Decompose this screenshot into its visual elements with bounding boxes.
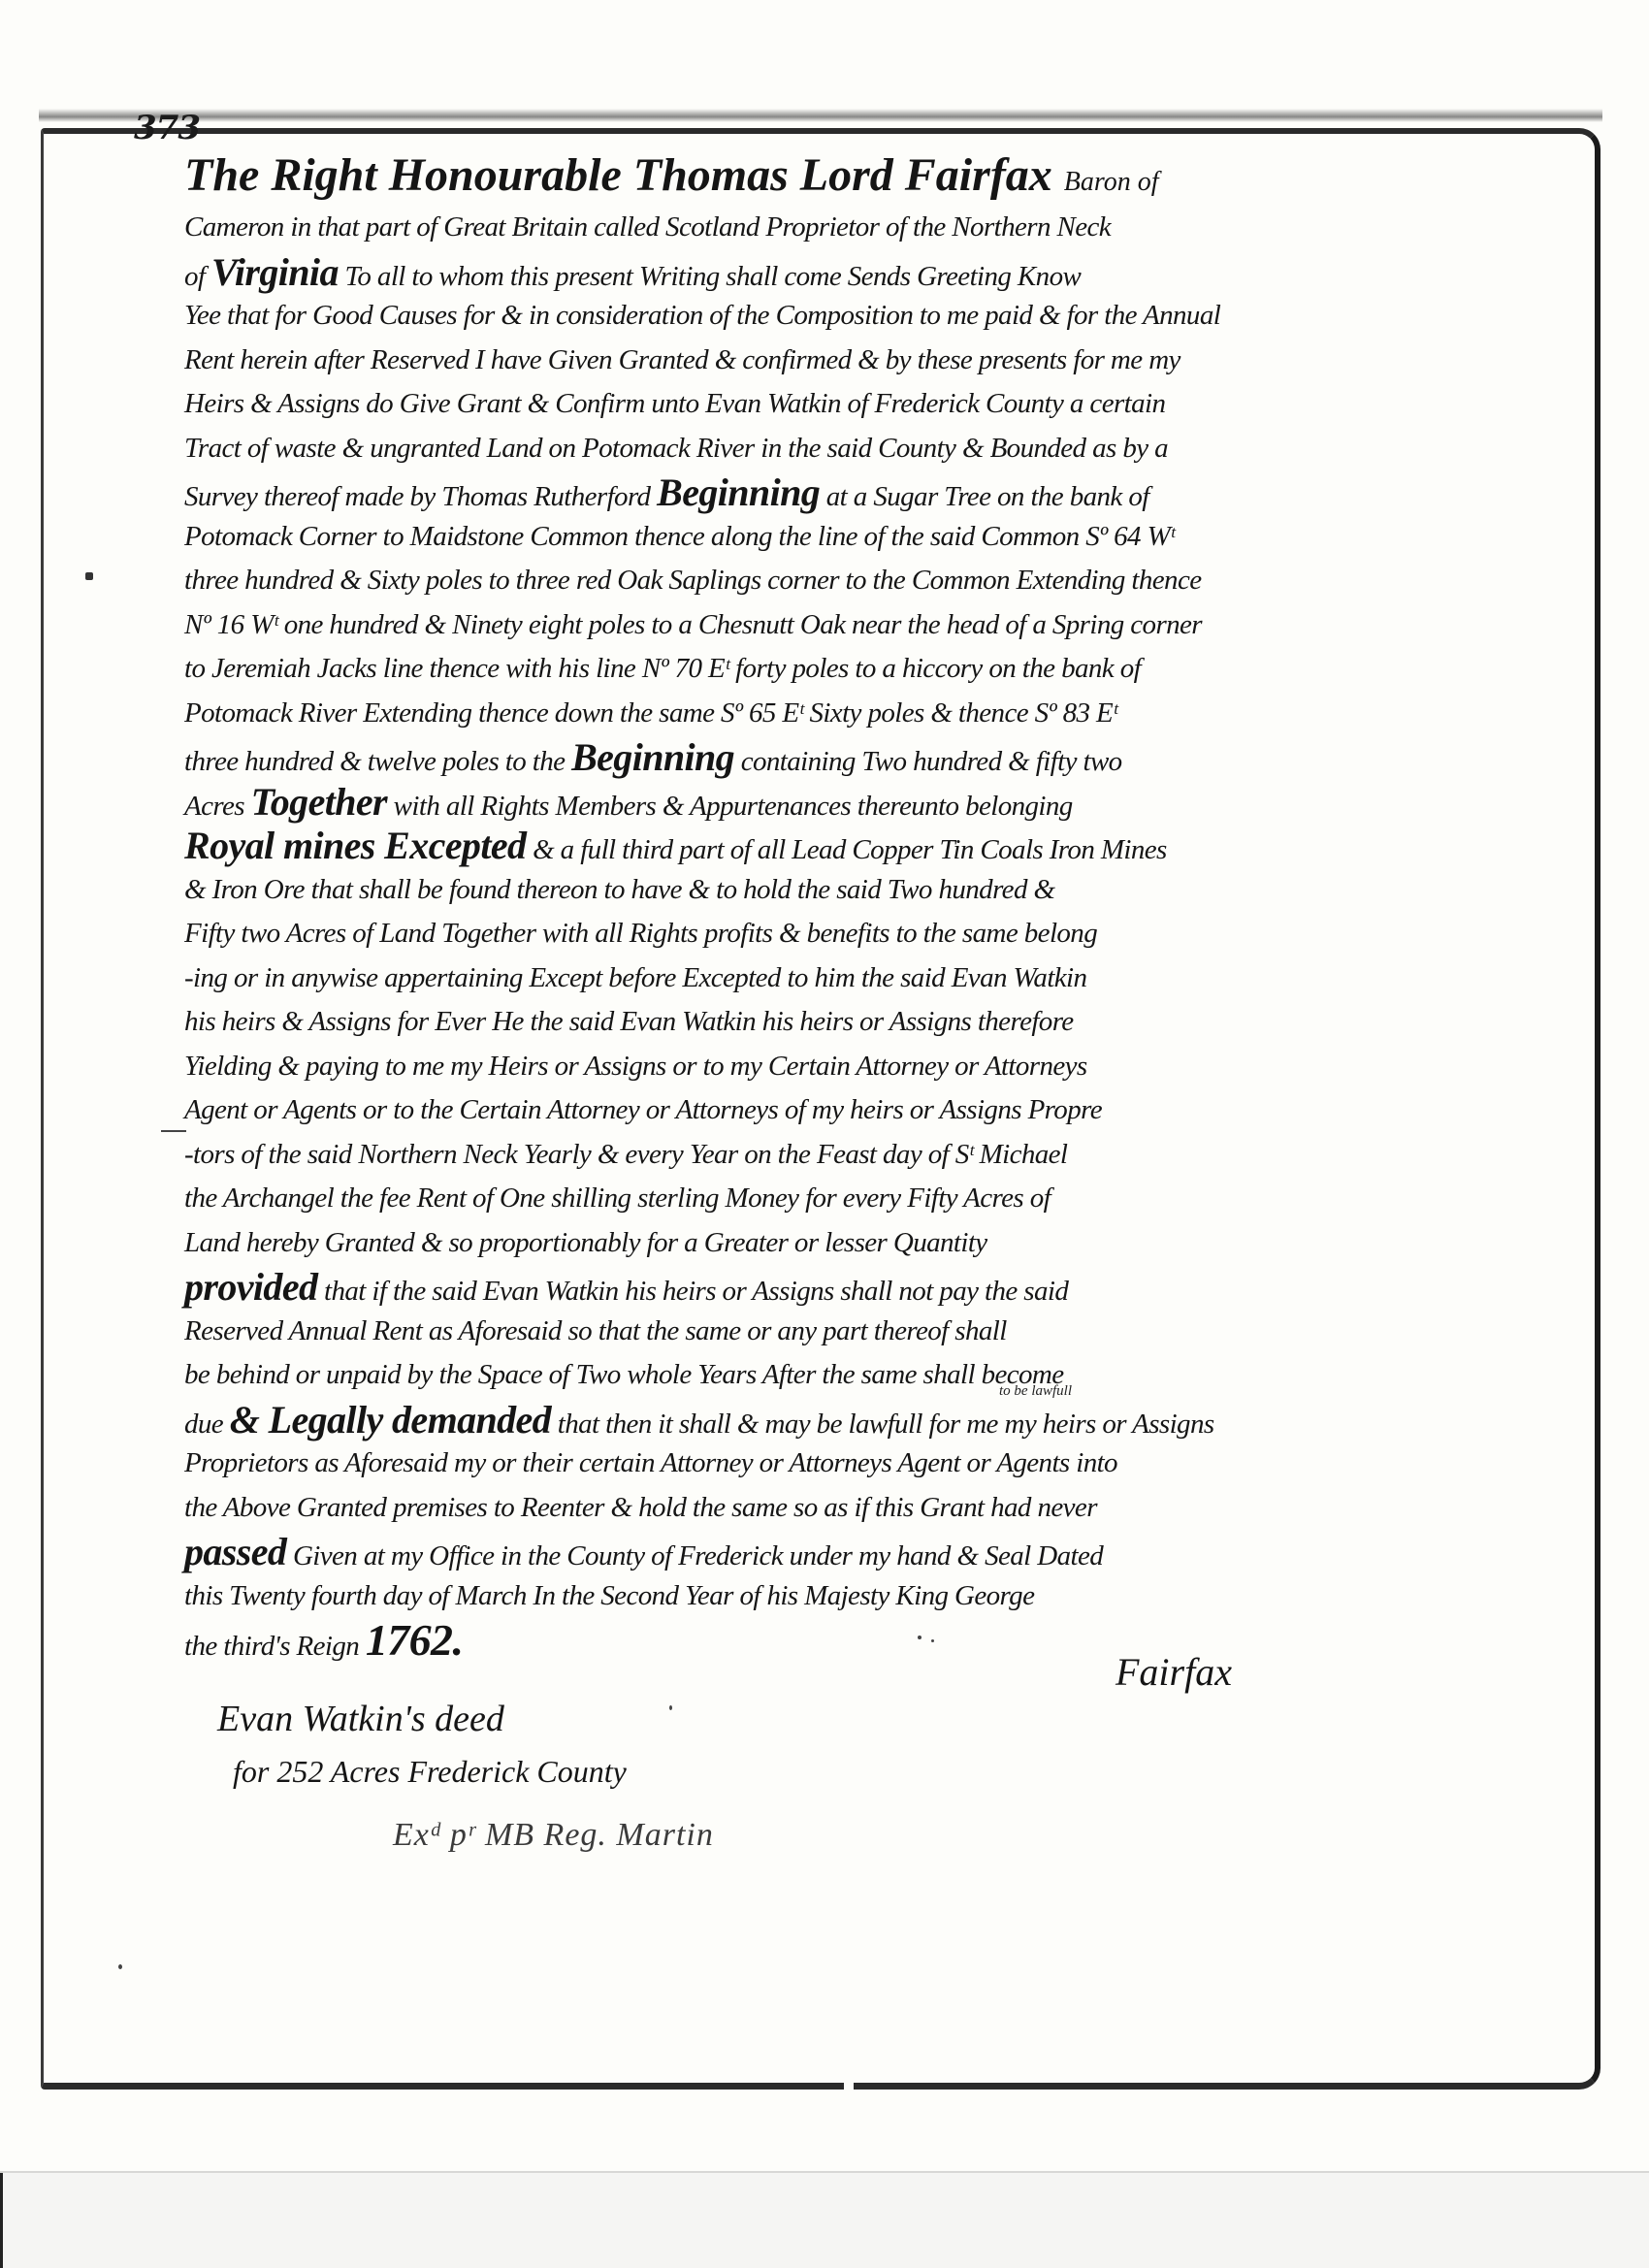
deed-line: the Archangel the fee Rent of One shilli…	[184, 1177, 1426, 1221]
deed-line: three hundred & Sixty poles to three red…	[184, 559, 1426, 603]
line-lead: Acres	[184, 791, 244, 822]
line-text: the third's Reign	[184, 1631, 359, 1662]
deed-line: be behind or unpaid by the Space of Two …	[184, 1353, 1426, 1398]
deed-line: Yielding & paying to me my Heirs or Assi…	[184, 1045, 1426, 1089]
speck	[918, 1636, 921, 1639]
deed-line: & Iron Ore that shall be found thereon t…	[184, 868, 1426, 913]
folio-number: 373	[134, 109, 200, 147]
deed-line: Yee that for Good Causes for & in consid…	[184, 294, 1426, 339]
line-text: containing Two hundred & fifty two	[741, 746, 1122, 777]
emphasized-word: & Legally demanded	[230, 1398, 551, 1442]
speck	[669, 1705, 672, 1710]
page-edge-shadow-top	[39, 109, 1602, 122]
line-lead: due	[184, 1409, 223, 1440]
line-text: that then it shall & may be lawfull for …	[558, 1409, 1214, 1440]
line-lead: of	[184, 261, 205, 292]
emphasized-word: Beginning	[657, 470, 820, 514]
margin-mark	[85, 572, 93, 580]
line-lead: Survey thereof made by Thomas Rutherford	[184, 481, 650, 512]
year: 1762.	[366, 1615, 464, 1665]
line-lead: three hundred & twelve poles to the	[184, 746, 565, 777]
line-text: at a Sugar Tree on the bank of	[826, 481, 1149, 512]
deed-line: Cameron in that part of Great Britain ca…	[184, 206, 1426, 250]
emphasized-word: provided	[184, 1265, 317, 1309]
deed-line: Land hereby Granted & so proportionably …	[184, 1221, 1426, 1266]
line-text: Given at my Office in the County of Fred…	[293, 1540, 1103, 1571]
scanner-bed-area	[0, 2171, 1649, 2268]
deed-line: Potomack Corner to Maidstone Common then…	[184, 515, 1426, 560]
deed-line: this Twenty fourth day of March In the S…	[184, 1574, 1426, 1619]
signature: Fairfax	[1115, 1649, 1232, 1695]
speck	[931, 1639, 934, 1642]
margin-dash	[161, 1130, 186, 1132]
emphasized-word: Together	[251, 780, 387, 824]
deed-line: the third's Reign 1762.	[184, 1618, 1426, 1663]
speck	[118, 1964, 122, 1969]
deed-line: of Virginia To all to whom this present …	[184, 250, 1426, 295]
deed-line: Proprietors as Aforesaid my or their cer…	[184, 1442, 1426, 1486]
deed-line: Rent herein after Reserved I have Given …	[184, 339, 1426, 383]
deed-line: Agent or Agents or to the Certain Attorn…	[184, 1088, 1426, 1133]
deed-title-line: The Right Honourable Thomas Lord Fairfax…	[184, 146, 1426, 206]
interlineation: to be lawfull	[999, 1383, 1072, 1400]
emphasized-word: Royal mines Excepted	[184, 824, 526, 867]
deed-line: -tors of the said Northern Neck Yearly &…	[184, 1133, 1426, 1178]
deed-line: Heirs & Assigns do Give Grant & Confirm …	[184, 382, 1426, 427]
line-text: that if the said Evan Watkin his heirs o…	[324, 1276, 1068, 1307]
deed-title: The Right Honourable Thomas Lord Fairfax	[184, 149, 1052, 201]
line-text: To all to whom this present Writing shal…	[345, 261, 1082, 292]
deed-line: Potomack River Extending thence down the…	[184, 692, 1426, 736]
frame-bottom-gap	[844, 2076, 854, 2095]
deed-line: Reserved Annual Rent as Aforesaid so tha…	[184, 1310, 1426, 1354]
deed-line: due & Legally demanded that then it shal…	[184, 1398, 1426, 1442]
endorsement-examined: Exᵈ pʳ MB Reg. Martin	[393, 1817, 714, 1854]
deed-line: Royal mines Excepted & a full third part…	[184, 824, 1426, 868]
deed-line: Nº 16 Wᵗ one hundred & Ninety eight pole…	[184, 603, 1426, 648]
line-text: & a full third part of all Lead Copper T…	[533, 834, 1167, 865]
title-tail: Baron of	[1064, 167, 1159, 197]
deed-line: Tract of waste & ungranted Land on Potom…	[184, 427, 1426, 471]
deed-line: Survey thereof made by Thomas Rutherford…	[184, 470, 1426, 515]
deed-body: The Right Honourable Thomas Lord Fairfax…	[184, 146, 1426, 1663]
deed-line: three hundred & twelve poles to the Begi…	[184, 735, 1426, 780]
emphasized-word: Virginia	[211, 250, 339, 294]
emphasized-word: passed	[184, 1530, 286, 1573]
endorsement-acreage: for 252 Acres Frederick County	[233, 1754, 627, 1790]
deed-line: the Above Granted premises to Reenter & …	[184, 1486, 1426, 1531]
deed-line: his heirs & Assigns for Ever He the said…	[184, 1000, 1426, 1045]
scanner-edge	[0, 2173, 3, 2268]
deed-line: -ing or in anywise appertaining Except b…	[184, 956, 1426, 1001]
endorsement-title: Evan Watkin's deed	[217, 1698, 504, 1740]
deed-line: passed Given at my Office in the County …	[184, 1530, 1426, 1574]
deed-line: Fifty two Acres of Land Together with al…	[184, 912, 1426, 956]
deed-line: provided that if the said Evan Watkin hi…	[184, 1265, 1426, 1310]
emphasized-word: Beginning	[571, 735, 734, 779]
line-text: with all Rights Members & Appurtenances …	[394, 791, 1073, 822]
deed-line: Acres Together with all Rights Members &…	[184, 780, 1426, 825]
deed-line: to Jeremiah Jacks line thence with his l…	[184, 647, 1426, 692]
